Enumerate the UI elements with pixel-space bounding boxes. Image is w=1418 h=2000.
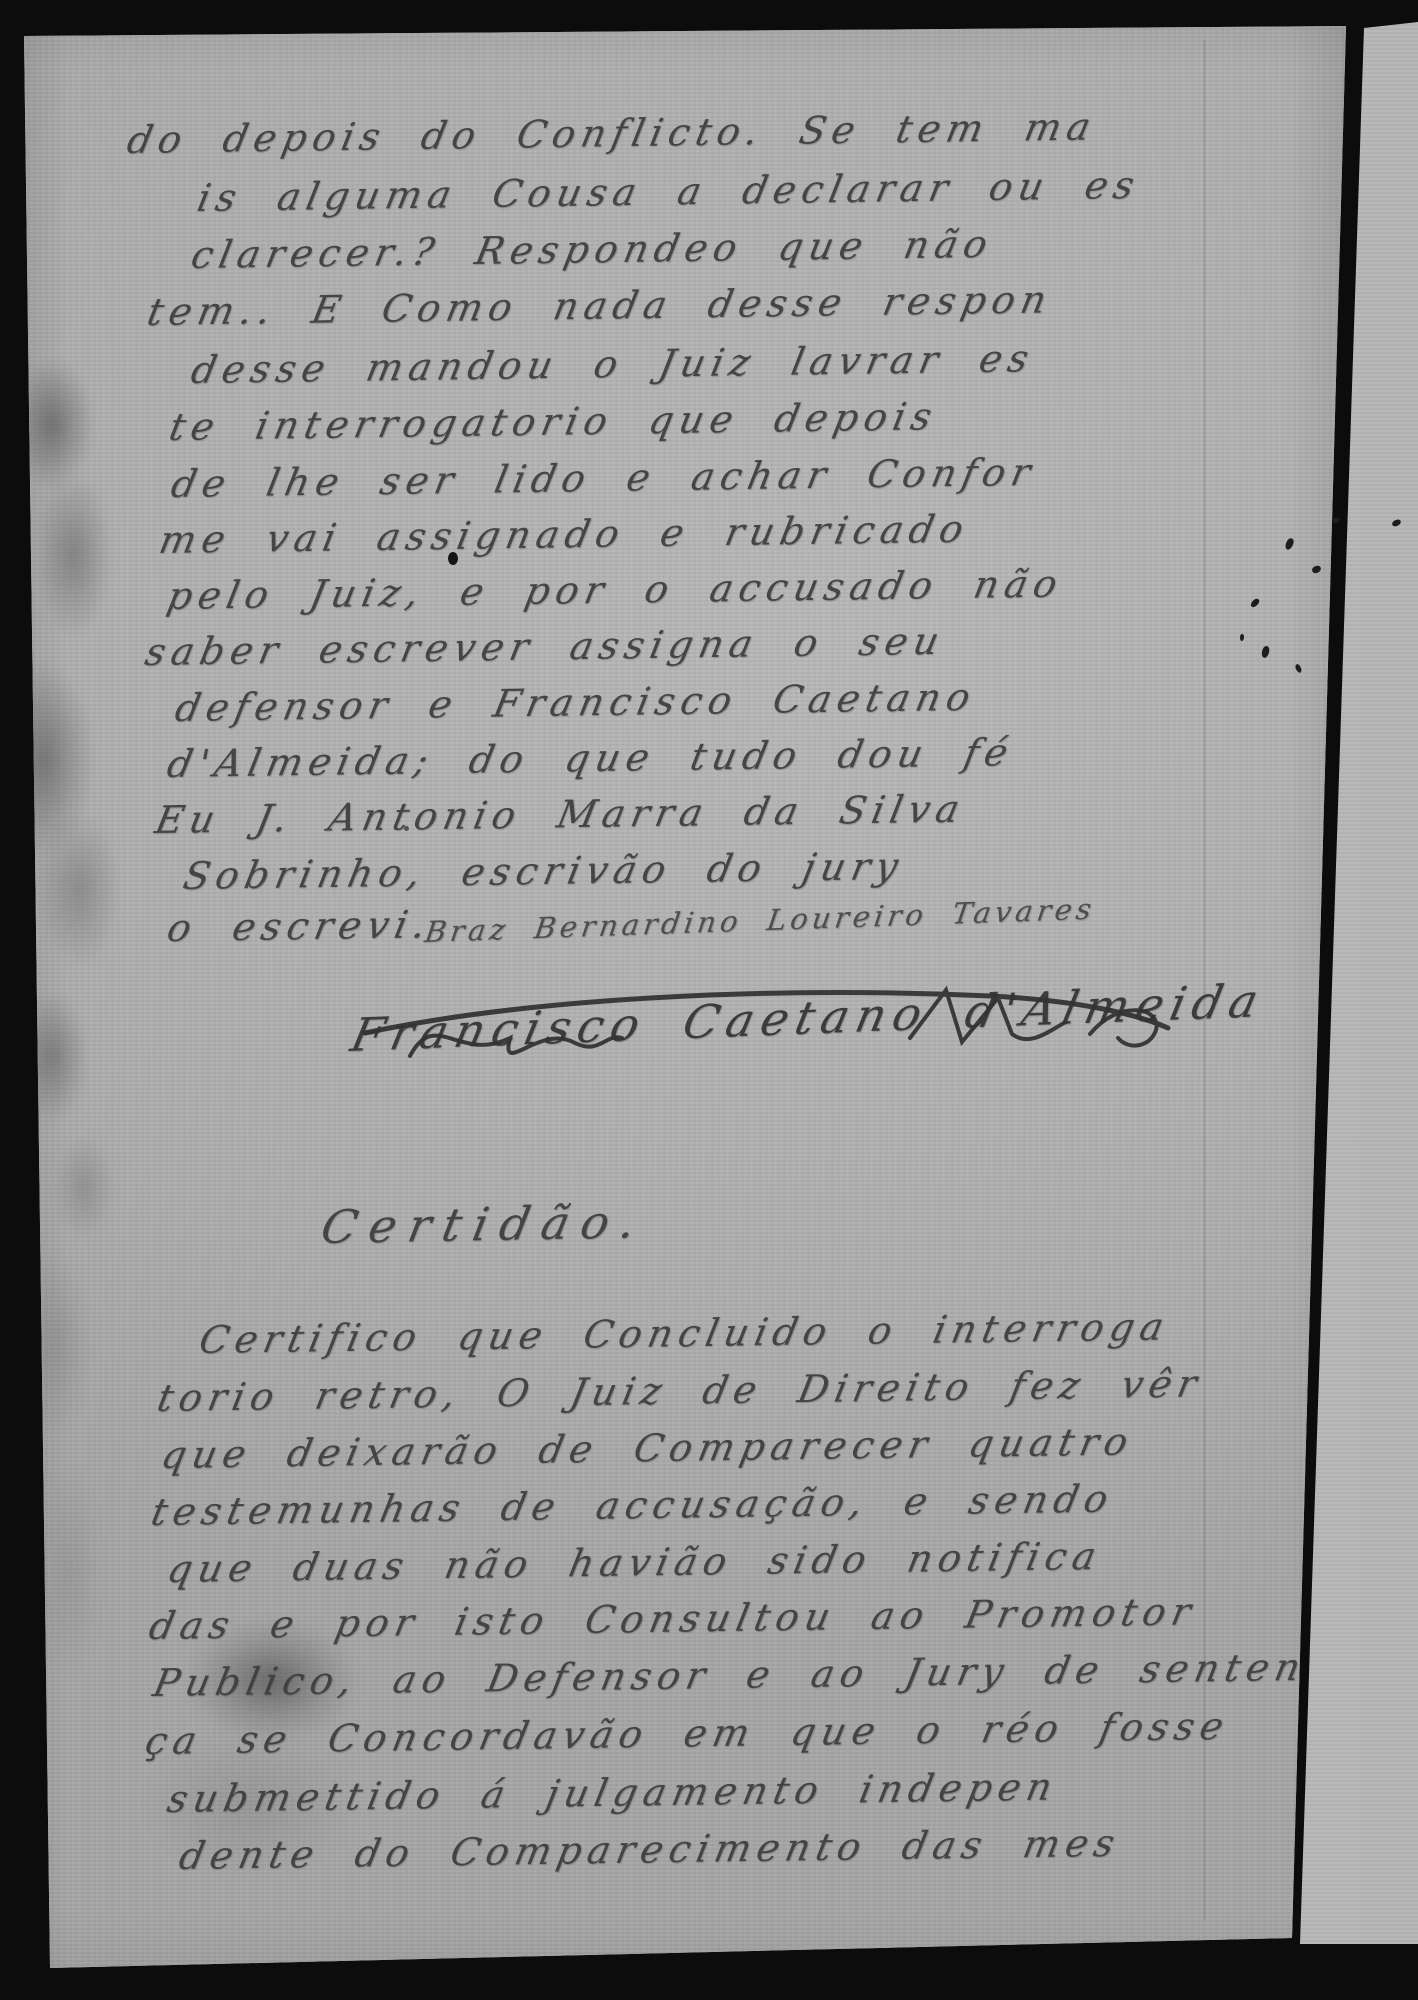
manuscript-line: defensor e Francisco Caetano: [172, 675, 980, 730]
wormhole: [1332, 517, 1341, 523]
manuscript-line: d'Almeida; do que tudo dou fé: [164, 730, 1018, 786]
certidao-line: Certifico que Concluido o interroga: [196, 1305, 1174, 1362]
certidao-line: das e por isto Consultou ao Promotor: [146, 1589, 1201, 1648]
manuscript-line: desse mandou o Juiz lavrar es: [188, 336, 1039, 392]
certidao-line: Publico, ao Defensor e ao Jury de senten: [150, 1645, 1310, 1705]
manuscript-line: Sobrinho, escrivão do jury: [180, 844, 908, 898]
manuscript-line: tem.. E Como nada desse respon: [144, 277, 1057, 334]
vertical-crease-line: [1203, 40, 1206, 1920]
manuscript-line: me vai assignado e rubricado: [156, 507, 974, 562]
certidao-line: torio retro, O Juiz de Direito fez vêr: [154, 1361, 1207, 1420]
certidao-line: dente do Comparecimento das mes: [176, 1821, 1125, 1878]
scan-background: do depois do Conflicto. Se tem ma is alg…: [0, 0, 1418, 2000]
manuscript-line: de lhe ser lido e achar Confor: [168, 450, 1041, 506]
ink-blot: [448, 552, 458, 565]
manuscript-line: te interrogatorio que depois: [166, 394, 942, 449]
left-edge-stain-tail: [26, 1250, 126, 1710]
signature-rubric-flourish: [350, 938, 1180, 1088]
manuscript-line: clarecer.? Respondeo que não: [188, 222, 997, 277]
certidao-line: que deixarão de Comparecer quatro: [158, 1419, 1138, 1477]
section-heading-certidao: Certidão.: [317, 1194, 653, 1254]
certidao-line: que duas não havião sido notifica: [164, 1534, 1106, 1591]
manuscript-line: do depois do Conflicto. Se tem ma: [124, 105, 1101, 162]
manuscript-line: pelo Juiz, e por o accusado não: [164, 562, 1067, 618]
manuscript-line: is alguma Cousa a declarar ou es: [194, 163, 1144, 220]
certidao-line: submettido á julgamento indepen: [164, 1765, 1062, 1821]
signature-party: Francisco Caetano d'Almeida: [346, 973, 1270, 1062]
certidao-line: ça se Concordavão em que o réo fosse: [142, 1704, 1234, 1763]
manuscript-line: saber escrever assigna o seu: [142, 619, 949, 674]
bottom-left-stain: [185, 1618, 360, 1743]
manuscript-page: do depois do Conflicto. Se tem ma is alg…: [0, 0, 1418, 2000]
certidao-line: testemunhas de accusação, e sendo: [148, 1477, 1118, 1534]
left-edge-stain: [24, 350, 154, 1280]
manuscript-line: o escrevi.: [164, 902, 436, 950]
signature-judge: Braz Bernardino Loureiro Tavares: [423, 892, 1098, 949]
manuscript-line: Eu J. Antonio Marra da Silva: [152, 787, 970, 842]
bottom-left-stain-halo: [140, 1730, 360, 1880]
ink-speck: [404, 826, 409, 831]
